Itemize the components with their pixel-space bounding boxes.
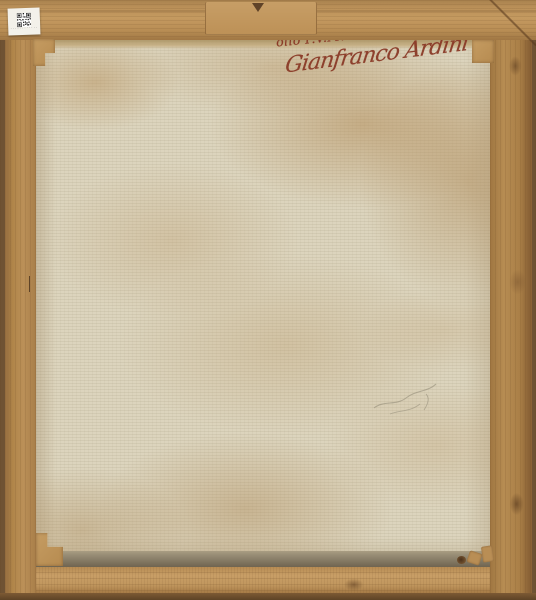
painting-back-photo: Composizione, 1989 olio P.V.M. su tela 8…	[0, 0, 536, 600]
frame-bottom-edge	[0, 593, 536, 600]
frame-bar-left	[0, 0, 36, 600]
nail-head	[252, 3, 264, 12]
pencil-scribble	[370, 372, 448, 424]
canvas-bottom-shadow-gap	[36, 551, 491, 567]
inventory-qr-sticker: ···············	[8, 7, 41, 35]
stretcher-key-top-right	[472, 40, 494, 63]
stretcher-key-bottom-right-2	[481, 545, 494, 562]
frame-bar-right	[490, 0, 536, 600]
wood-knot	[457, 556, 466, 564]
canvas-back	[36, 40, 491, 567]
wood-crack	[29, 276, 30, 292]
sticker-microtext: ···············	[10, 27, 38, 31]
qr-code-icon	[17, 13, 31, 27]
